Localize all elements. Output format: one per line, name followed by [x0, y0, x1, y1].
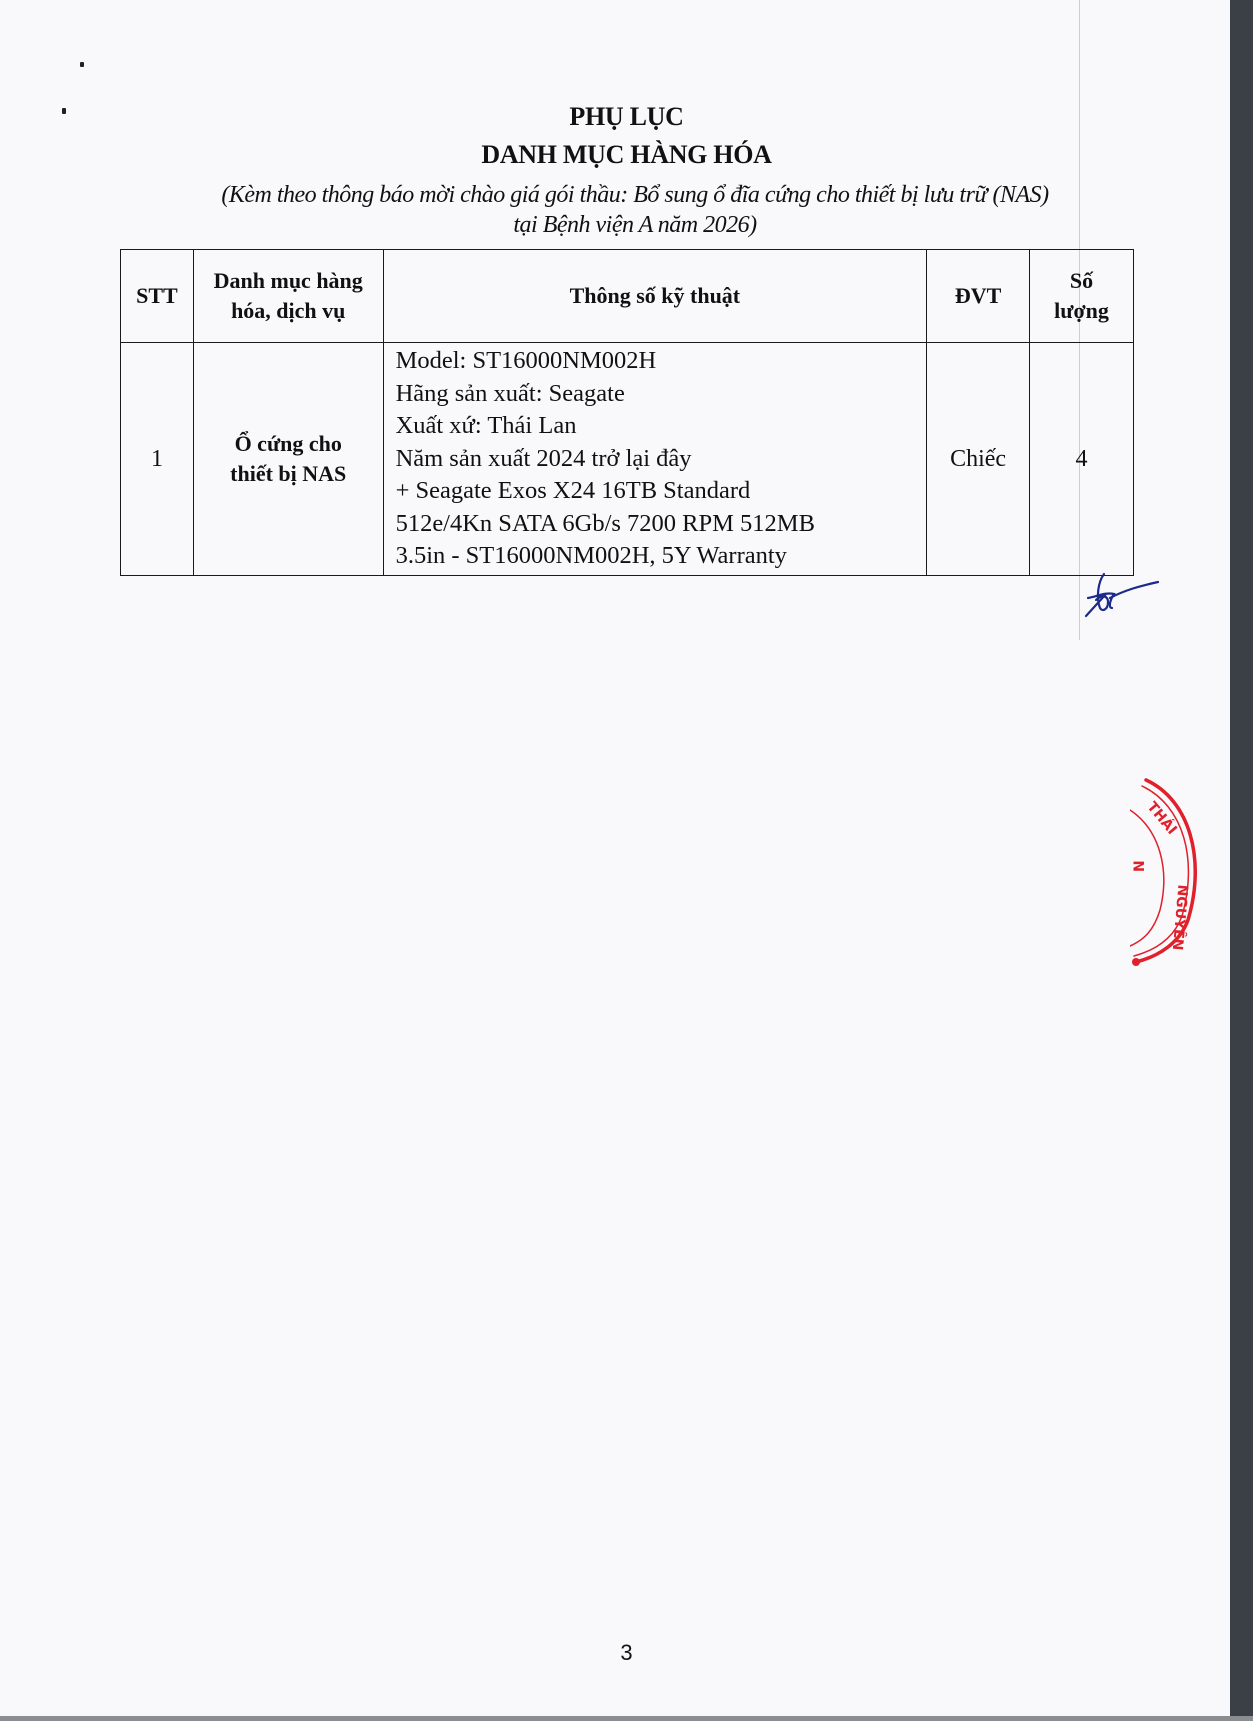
stamp-text-side: NGUYÊN	[1169, 884, 1192, 951]
document-title: DANH MỤC HÀNG HÓA	[0, 140, 1253, 170]
spec-line: 3.5in - ST16000NM002H, 5Y Warranty	[396, 540, 927, 573]
cell-unit: Chiếc	[927, 343, 1030, 576]
document-page: PHỤ LỤC DANH MỤC HÀNG HÓA (Kèm theo thôn…	[0, 0, 1230, 1716]
scanner-bottom-edge	[0, 1716, 1253, 1721]
spec-line: Model: ST16000NM002H	[396, 345, 927, 378]
header-stt: STT	[121, 250, 194, 343]
spec-line: Năm sản xuất 2024 trở lại đây	[396, 443, 927, 476]
header-quantity-label: Số lượng	[1030, 266, 1133, 326]
document-subtitle-line2: tại Bệnh viện A năm 2026)	[130, 210, 1140, 240]
header-unit: ĐVT	[927, 250, 1030, 343]
cell-specs: Model: ST16000NM002H Hãng sản xuất: Seag…	[383, 343, 927, 576]
cell-item-label: Ổ cứng cho thiết bị NAS	[194, 429, 383, 489]
cell-quantity: 4	[1029, 343, 1133, 576]
stamp-center-letter: N	[1132, 860, 1148, 872]
scan-speck	[80, 62, 84, 67]
page-number: 3	[0, 1640, 1253, 1666]
spec-line: 512e/4Kn SATA 6Gb/s 7200 RPM 512MB	[396, 508, 927, 541]
spec-line: Xuất xứ: Thái Lan	[396, 410, 927, 443]
spec-line: Hãng sản xuất: Seagate	[396, 378, 927, 411]
header-specs: Thông số kỹ thuật	[383, 250, 927, 343]
official-stamp: THÁI NGUYÊN N	[1130, 770, 1230, 975]
document-heading: PHỤ LỤC	[0, 102, 1253, 132]
header-item-label: Danh mục hàng hóa, dịch vụ	[194, 266, 383, 326]
table-header-row: STT Danh mục hàng hóa, dịch vụ Thông số …	[121, 250, 1134, 343]
goods-table: STT Danh mục hàng hóa, dịch vụ Thông số …	[120, 249, 1134, 576]
signature-mark	[1080, 572, 1160, 627]
table-row: 1 Ổ cứng cho thiết bị NAS Model: ST16000…	[121, 343, 1134, 576]
header-item: Danh mục hàng hóa, dịch vụ	[193, 250, 383, 343]
cell-stt: 1	[121, 343, 194, 576]
header-quantity: Số lượng	[1029, 250, 1133, 343]
spec-line: + Seagate Exos X24 16TB Standard	[396, 475, 927, 508]
document-subtitle-line1: (Kèm theo thông báo mời chào giá gói thầ…	[130, 180, 1140, 210]
cell-item: Ổ cứng cho thiết bị NAS	[193, 343, 383, 576]
